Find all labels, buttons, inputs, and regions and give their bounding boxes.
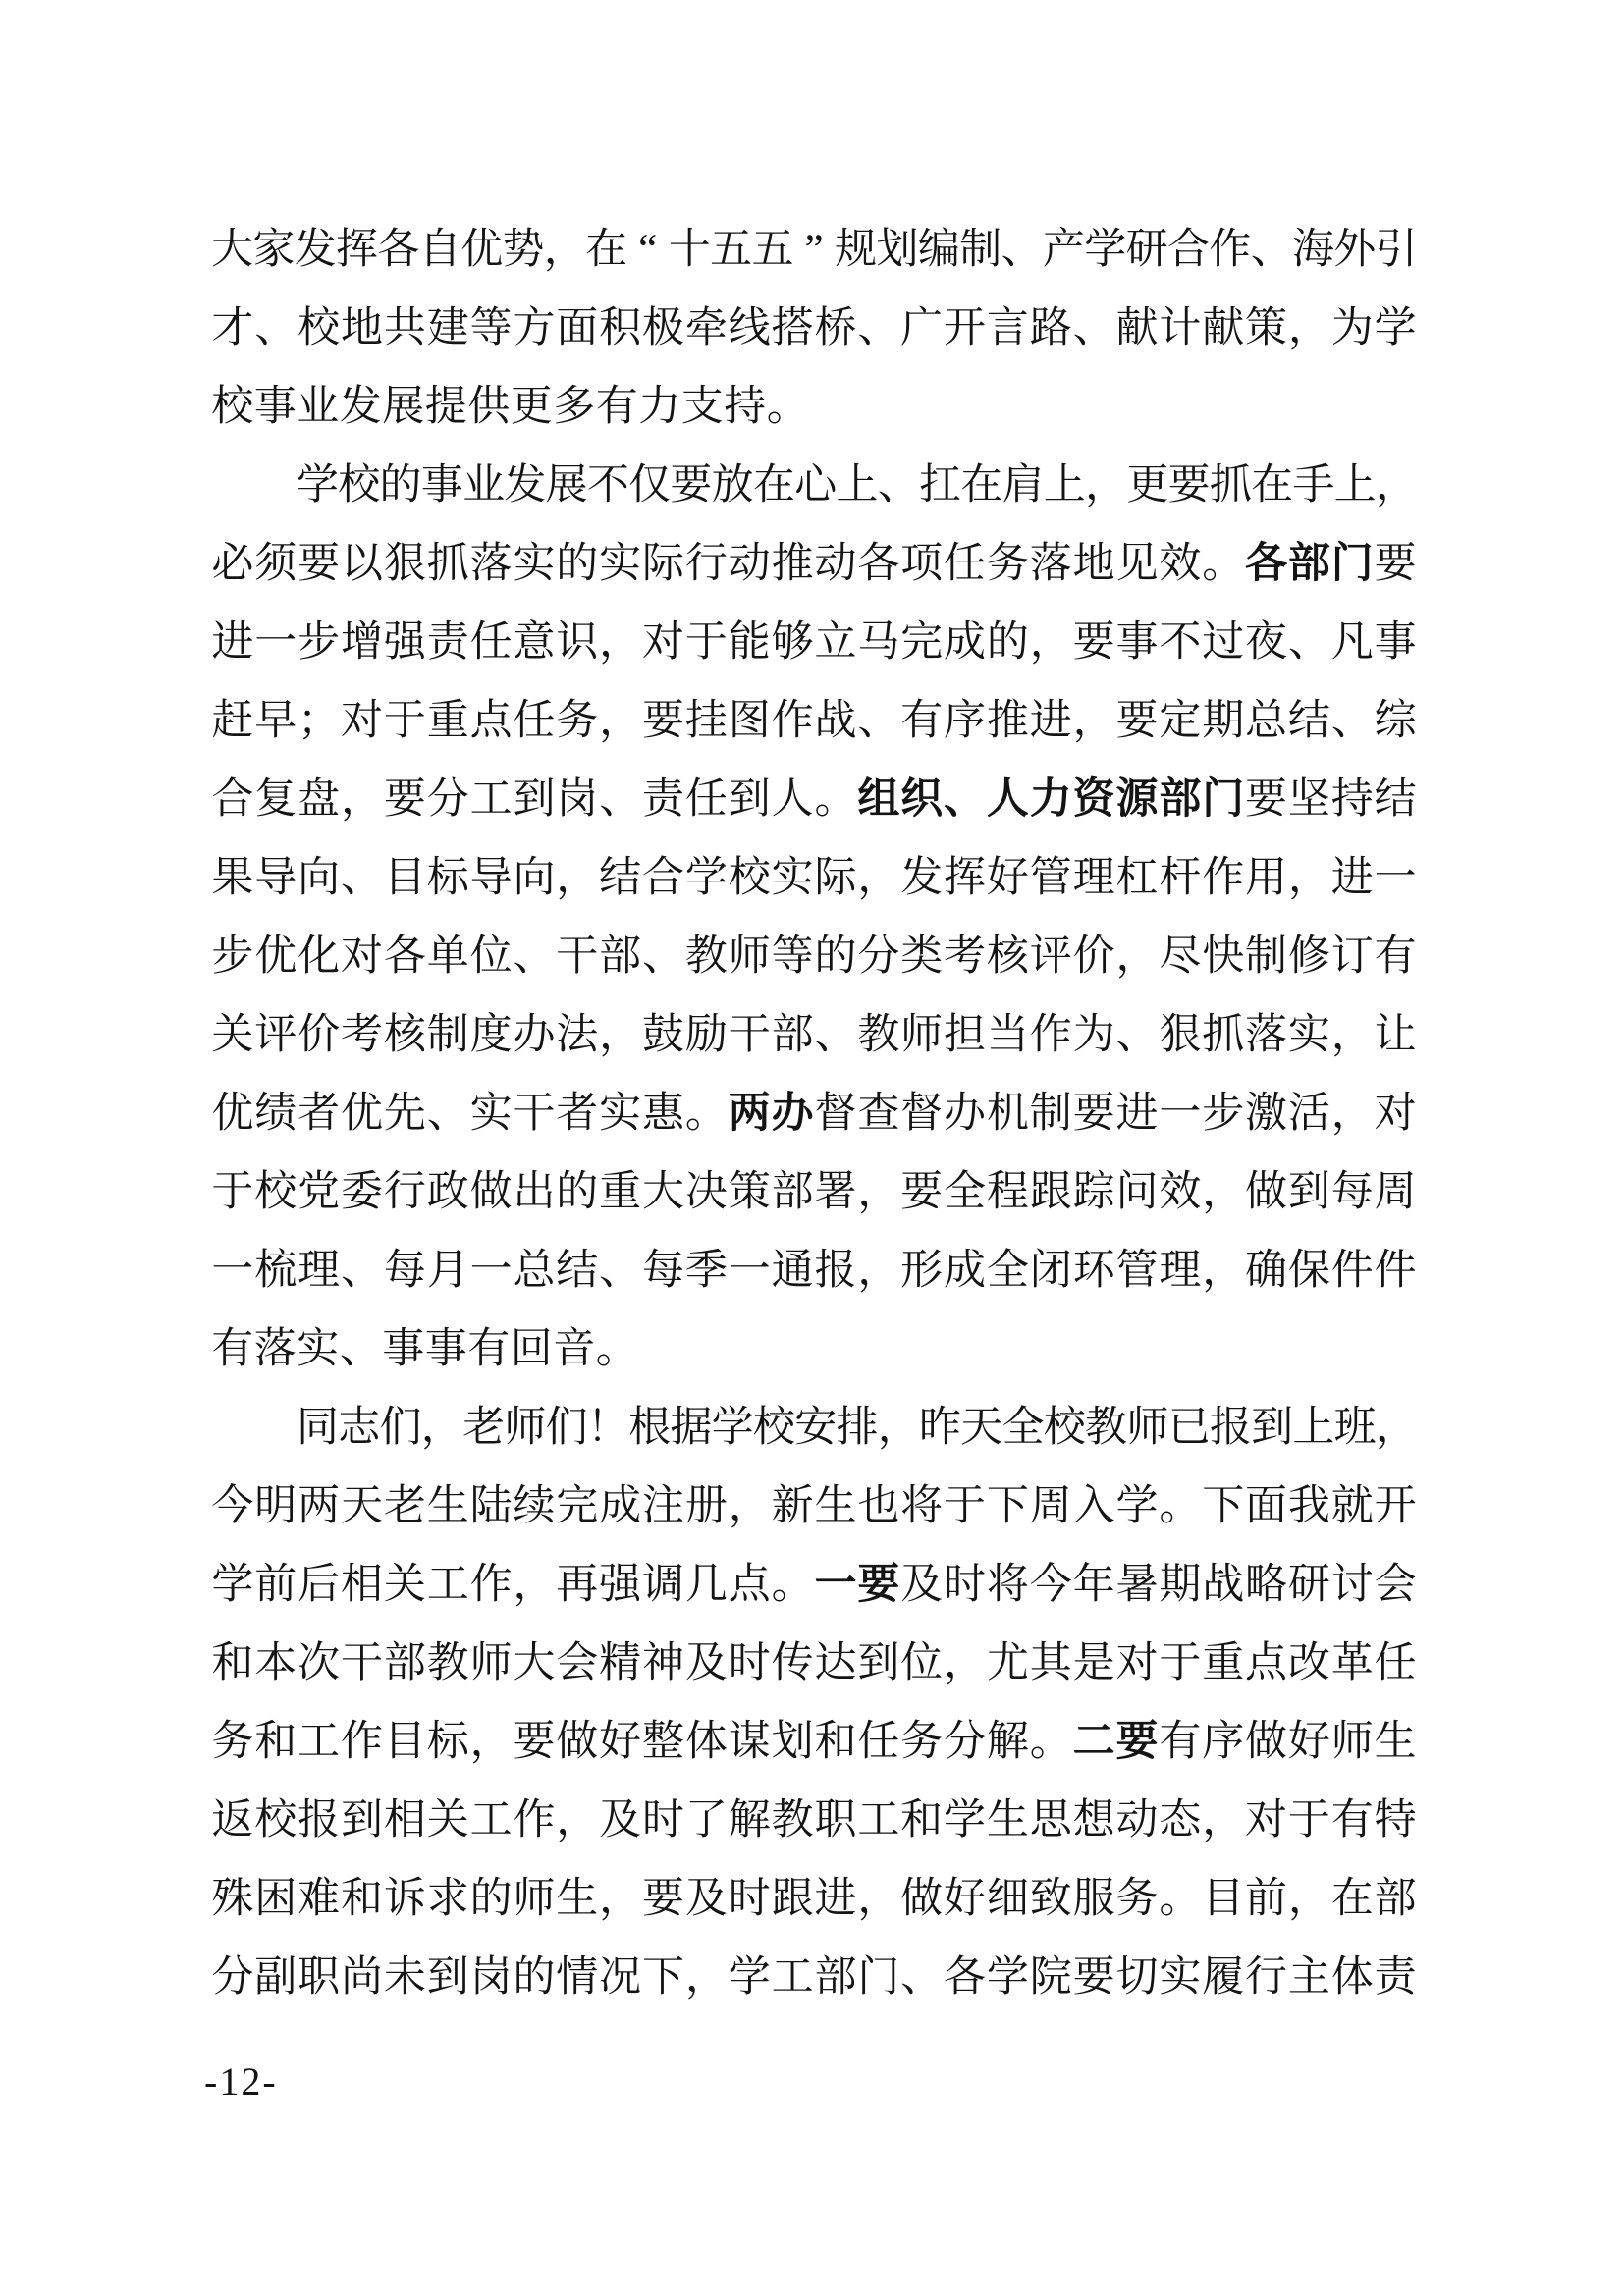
text-line: 今明两天老生陆续完成注册，新生也将于下周入学。下面我就开 <box>211 1467 1417 1545</box>
text-line: 必须要以狠抓落实的实际行动推动各项任务落地见效。各部门要 <box>211 524 1417 603</box>
text-line: 才、校地共建等方面积极牵线搭桥、广开言路、献计献策，为学 <box>211 289 1417 367</box>
text-line: 和本次干部教师大会精神及时传达到位，尤其是对于重点改革任 <box>211 1624 1417 1702</box>
text-line: 进一步增强责任意识，对于能够立马完成的，要事不过夜、凡事 <box>211 603 1417 681</box>
text-line: 务和工作目标，要做好整体谋划和任务分解。二要有序做好师生 <box>211 1702 1417 1781</box>
text-line: 返校报到相关工作，及时了解教职工和学生思想动态，对于有特 <box>211 1781 1417 1859</box>
text-line: 于校党委行政做出的重大决策部署，要全程跟踪问效，做到每周 <box>211 1152 1417 1231</box>
page-number: -12- <box>204 2062 278 2102</box>
text-line: 合复盘，要分工到岗、责任到人。组织、人力资源部门要坚持结 <box>211 760 1417 838</box>
text-line: 同志们，老师们！根据学校安排，昨天全校教师已报到上班， <box>211 1388 1417 1467</box>
text-line: 殊困难和诉求的师生，要及时跟进，做好细致服务。目前，在部 <box>211 1859 1417 1938</box>
text-line: 优绩者优先、实干者实惠。两办督查督办机制要进一步激活，对 <box>211 1074 1417 1152</box>
text-line: 关评价考核制度办法，鼓励干部、教师担当作为、狠抓落实，让 <box>211 995 1417 1074</box>
text-line: 果导向、目标导向，结合学校实际，发挥好管理杠杆作用，进一 <box>211 838 1417 917</box>
text-line: 校事业发展提供更多有力支持。 <box>211 367 1417 446</box>
text-line: 有落实、事事有回音。 <box>211 1309 1417 1388</box>
text-line: 一梳理、每月一总结、每季一通报，形成全闭环管理，确保件件 <box>211 1231 1417 1309</box>
text-line: 大家发挥各自优势，在“十五五”规划编制、产学研合作、海外引 <box>211 210 1417 289</box>
text-line: 步优化对各单位、干部、教师等的分类考核评价，尽快制修订有 <box>211 917 1417 995</box>
document-body: 大家发挥各自优势，在“十五五”规划编制、产学研合作、海外引才、校地共建等方面积极… <box>211 210 1417 2016</box>
text-line: 学校的事业发展不仅要放在心上、扛在肩上，更要抓在手上， <box>211 446 1417 524</box>
text-line: 分副职尚未到岗的情况下，学工部门、各学院要切实履行主体责 <box>211 1938 1417 2016</box>
document-page: 大家发挥各自优势，在“十五五”规划编制、产学研合作、海外引才、校地共建等方面积极… <box>0 0 1624 2296</box>
text-line: 学前后相关工作，再强调几点。一要及时将今年暑期战略研讨会 <box>211 1545 1417 1624</box>
text-line: 赶早；对于重点任务，要挂图作战、有序推进，要定期总结、综 <box>211 681 1417 760</box>
